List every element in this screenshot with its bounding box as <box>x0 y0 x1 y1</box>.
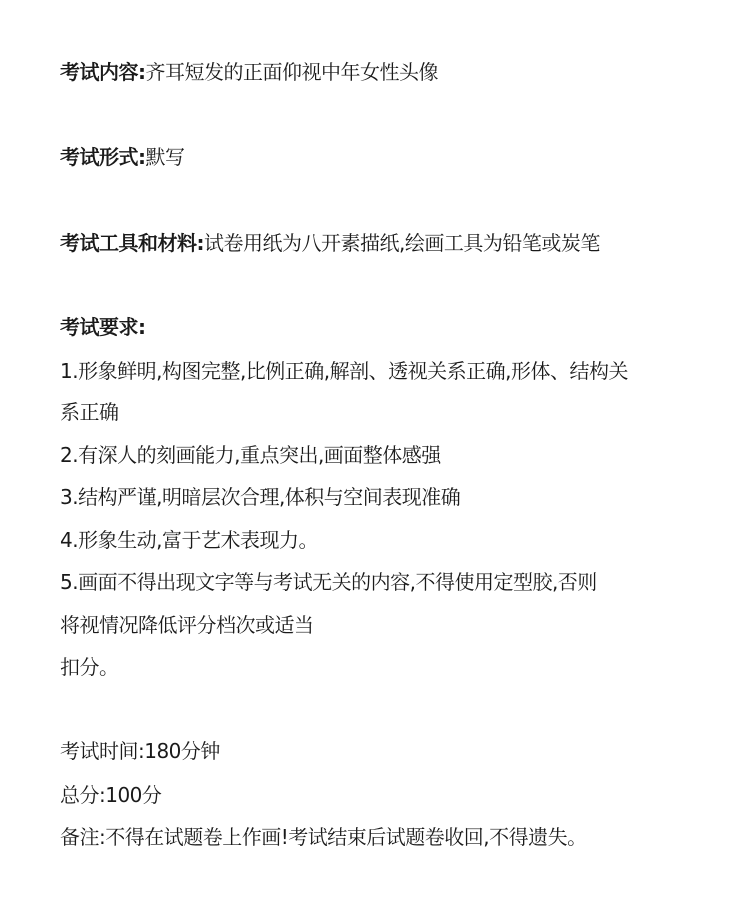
exam-content-line: 考试内容:齐耳短发的正面仰视中年女性头像 <box>60 58 438 86</box>
exam-content-label: 考试内容: <box>60 60 146 84</box>
requirement-line: 将视情况降低评分档次或适当 <box>60 611 314 639</box>
exam-form-label: 考试形式: <box>60 145 146 169</box>
exam-form-value: 默写 <box>146 145 185 169</box>
requirement-line: 5.画面不得出现文字等与考试无关的内容,不得使用定型胶,否则 <box>60 568 597 596</box>
exam-tools-line: 考试工具和材料:试卷用纸为八开素描纸,绘画工具为铅笔或炭笔 <box>60 229 600 257</box>
requirement-line: 2.有深人的刻画能力,重点突出,画面整体感强 <box>60 441 441 469</box>
exam-form-line: 考试形式:默写 <box>60 143 185 171</box>
exam-note: 备注:不得在试题卷上作画!考试结束后试题卷收回,不得遗失。 <box>60 823 587 851</box>
requirement-line: 3.结构严谨,明暗层次合理,体积与空间表现准确 <box>60 483 460 511</box>
requirement-line: 系正确 <box>60 398 119 426</box>
exam-tools-value: 试卷用纸为八开素描纸,绘画工具为铅笔或炭笔 <box>204 231 600 255</box>
exam-tools-label: 考试工具和材料: <box>60 231 204 255</box>
exam-content-value: 齐耳短发的正面仰视中年女性头像 <box>146 60 439 84</box>
exam-time: 考试时间:180分钟 <box>60 737 220 765</box>
requirement-line: 4.形象生动,富于艺术表现力。 <box>60 526 318 554</box>
total-score: 总分:100分 <box>60 781 161 809</box>
requirement-line: 1.形象鲜明,构图完整,比例正确,解剖、透视关系正确,形体、结构关 <box>60 357 628 385</box>
requirement-line: 扣分。 <box>60 653 119 681</box>
exam-requirements-label: 考试要求: <box>60 313 146 341</box>
